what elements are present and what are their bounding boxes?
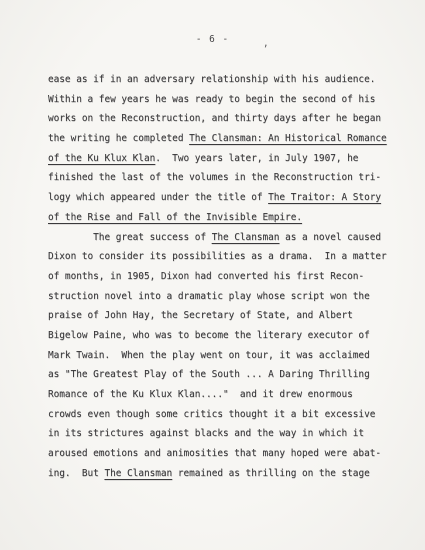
text-line: Bigelow Paine, who was to become the lit…	[48, 326, 393, 346]
text-segment: Mark Twain. When the play went on tour, …	[48, 350, 370, 361]
text-segment: praise of John Hay, the Secretary of Sta…	[48, 310, 353, 321]
text-line: logy which appeared under the title of T…	[48, 188, 393, 208]
underlined-title-segment: The Clansman: An Historical Romance	[189, 133, 387, 144]
underlined-title-segment: of the Ku Klux Klan	[48, 153, 155, 164]
underlined-title-segment: The Clansman	[104, 468, 172, 479]
text-line: finished the last of the volumes in the …	[48, 168, 393, 188]
text-segment: Romance of the Ku Klux Klan...." and it …	[48, 389, 353, 400]
text-line: works on the Reconstruction, and thirty …	[48, 109, 393, 129]
text-segment: finished the last of the volumes in the …	[48, 172, 381, 183]
text-segment: the writing he completed	[48, 133, 189, 144]
text-segment: of months, in 1905, Dixon had converted …	[48, 271, 364, 282]
text-line: struction novel into a dramatic play who…	[48, 287, 393, 307]
text-line: of months, in 1905, Dixon had converted …	[48, 267, 393, 287]
text-segment: The great success of	[48, 232, 212, 243]
underlined-title-segment: The Clansman	[212, 232, 280, 243]
text-line: as "The Greatest Play of the South ... A…	[48, 365, 393, 385]
text-line: the writing he completed The Clansman: A…	[48, 129, 393, 149]
text-line: aroused emotions and animosities that ma…	[48, 444, 393, 464]
text-segment: ing. But	[48, 468, 104, 479]
underlined-title-segment: The Traitor: A Story	[268, 192, 381, 203]
text-segment: works on the Reconstruction, and thirty …	[48, 113, 381, 124]
typewritten-text-block: ease as if in an adversary relationship …	[48, 70, 393, 483]
text-line: Within a few years he was ready to begin…	[48, 90, 393, 110]
text-segment: as a novel caused	[279, 232, 381, 243]
manuscript-page: - 6 - , ease as if in an adversary relat…	[0, 0, 425, 550]
text-line: ing. But The Clansman remained as thrill…	[48, 464, 393, 484]
text-segment: remained as thrilling on the stage	[172, 468, 370, 479]
page-number-header: - 6 -	[0, 34, 425, 45]
text-segment: . Two years later, in July 1907, he	[155, 153, 358, 164]
text-line: crowds even though some critics thought …	[48, 405, 393, 425]
text-line: praise of John Hay, the Secretary of Sta…	[48, 306, 393, 326]
text-line: Mark Twain. When the play went on tour, …	[48, 346, 393, 366]
text-line: Romance of the Ku Klux Klan...." and it …	[48, 385, 393, 405]
underlined-title-segment: of the Rise and Fall of the Invisible Em…	[48, 212, 302, 223]
text-segment: Bigelow Paine, who was to become the lit…	[48, 330, 370, 341]
text-segment: struction novel into a dramatic play who…	[48, 291, 370, 302]
text-segment: in its strictures against blacks and the…	[48, 428, 364, 439]
text-line: of the Rise and Fall of the Invisible Em…	[48, 208, 393, 228]
text-line: The great success of The Clansman as a n…	[48, 228, 393, 248]
text-line: ease as if in an adversary relationship …	[48, 70, 393, 90]
text-segment: Within a few years he was ready to begin…	[48, 94, 375, 105]
stray-typewriter-mark: ,	[263, 38, 269, 49]
text-line: Dixon to consider its possibilities as a…	[48, 247, 393, 267]
text-segment: Dixon to consider its possibilities as a…	[48, 251, 387, 262]
text-line: of the Ku Klux Klan. Two years later, in…	[48, 149, 393, 169]
text-segment: aroused emotions and animosities that ma…	[48, 448, 381, 459]
text-segment: ease as if in an adversary relationship …	[48, 74, 375, 85]
text-segment: crowds even though some critics thought …	[48, 409, 375, 420]
text-segment: logy which appeared under the title of	[48, 192, 268, 203]
text-segment: as "The Greatest Play of the South ... A…	[48, 369, 370, 380]
text-line: in its strictures against blacks and the…	[48, 424, 393, 444]
